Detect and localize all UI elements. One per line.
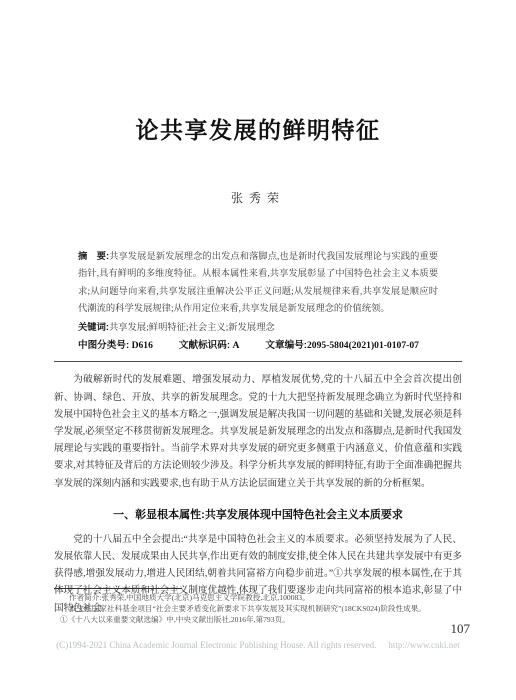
page-number: 107 <box>451 621 471 637</box>
footnotes-block: 作者简介:张秀荣,中国地质大学(北京)马克思主义学院教授,北京,100083。 … <box>60 593 466 625</box>
article-id-value: 2095-5804(2021)01-0107-07 <box>307 340 419 351</box>
footnote-funding: 本文系国家社科基金项目“社会主要矛盾变化新要求下共享发展及其实现机制研究”(18… <box>60 604 466 615</box>
paper-content-column: 论共享发展的鲜明特征 张秀荣 摘 要:共享发展是新发展理念的出发点和落脚点,也是… <box>0 112 516 617</box>
header-divider <box>54 361 462 362</box>
abstract-text: 共享发展是新发展理念的出发点和落脚点,也是新时代我国发展理论与实践的重要指针,具… <box>78 252 438 314</box>
clc-item: 中图分类号: D616 <box>78 337 153 354</box>
keywords-line: 关键词:共享发展;鲜明特征;社会主义;新发展理念 <box>54 319 462 337</box>
body-paragraph-1: 为破解新时代的发展难题、增强发展动力、厚植发展优势,党的十八届五中全会首次提出创… <box>54 371 462 491</box>
doc-code-item: 文献标识码: A <box>179 337 240 354</box>
footnote-author-bio: 作者简介:张秀荣,中国地质大学(北京)马克思主义学院教授,北京,100083。 <box>60 593 466 604</box>
paper-page: 论共享发展的鲜明特征 张秀荣 摘 要:共享发展是新发展理念的出发点和落脚点,也是… <box>0 0 516 700</box>
abstract-block: 摘 要:共享发展是新发展理念的出发点和落脚点,也是新时代我国发展理论与实践的重要… <box>54 248 462 319</box>
footnote-divider <box>54 588 182 589</box>
cnki-url: http://www.cnki.net <box>388 640 459 650</box>
article-id-label: 文章编号: <box>265 340 307 351</box>
keywords-text: 共享发展;鲜明特征;社会主义;新发展理念 <box>109 323 275 333</box>
copyright-text: (C)1994-2021 China Academic Journal Elec… <box>56 640 376 650</box>
abstract-label: 摘 要: <box>78 251 109 261</box>
classification-line: 中图分类号: D616 文献标识码: A 文章编号:2095-5804(2021… <box>54 337 462 354</box>
author-name: 张秀荣 <box>54 189 462 206</box>
clc-label: 中图分类号: <box>78 340 129 351</box>
doc-code-label: 文献标识码: <box>179 340 230 351</box>
footnote-citation-1: ①《十八大以来重要文献选编》中,中央文献出版社,2016年,第793页。 <box>60 615 466 626</box>
clc-value: D616 <box>132 340 153 351</box>
article-id-item: 文章编号:2095-5804(2021)01-0107-07 <box>265 337 419 354</box>
keywords-label: 关键词: <box>78 322 109 332</box>
doc-code-value: A <box>232 340 239 351</box>
paper-title: 论共享发展的鲜明特征 <box>54 112 462 145</box>
publisher-footer: (C)1994-2021 China Academic Journal Elec… <box>0 640 516 650</box>
section-1-heading: 一、彰显根本属性:共享发展体现中国特色社会主义本质要求 <box>54 506 462 522</box>
